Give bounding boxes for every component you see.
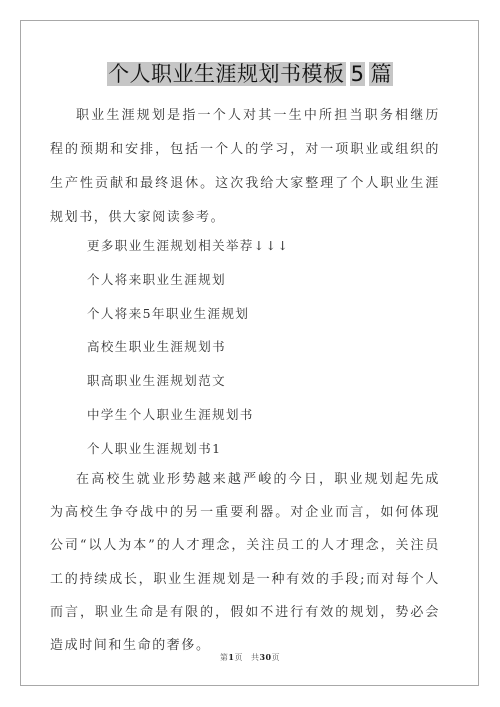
total-suffix: 页 <box>272 653 281 662</box>
title-segment: 篇 <box>369 62 393 86</box>
title-segment: 5 <box>350 62 366 86</box>
page-footer: 第1页共30页 <box>0 652 500 663</box>
page-title: 个人职业生涯规划书模板5篇 <box>0 60 500 88</box>
list-item[interactable]: 高校生职业生涯规划书 <box>87 330 289 364</box>
list-item: 个人职业生涯规划书1 <box>87 432 289 466</box>
total-pages-number: 30 <box>259 652 271 662</box>
recommendation-list: 更多职业生涯规划相关举荐↓↓↓ 个人将来职业生涯规划 个人将来5年职业生涯规划 … <box>87 229 289 466</box>
list-item[interactable]: 个人将来5年职业生涯规划 <box>87 297 289 331</box>
title-segment: 个人职业生涯规划书模板 <box>107 62 346 86</box>
intro-paragraph: 职业生涯规划是指一个人对其一生中所担当职务相继历程的预期和安排，包括一个人的学习… <box>50 99 440 235</box>
list-item[interactable]: 中学生个人职业生涯规划书 <box>87 398 289 432</box>
body-paragraph: 在高校生就业形势越来越严峻的今日，职业规划起先成为高校生争夺战中的另一重要利器。… <box>50 463 440 662</box>
page-suffix: 页 <box>234 653 243 662</box>
list-item: 更多职业生涯规划相关举荐↓↓↓ <box>87 229 289 263</box>
list-item[interactable]: 个人将来职业生涯规划 <box>87 263 289 297</box>
list-item[interactable]: 职高职业生涯规划范文 <box>87 364 289 398</box>
